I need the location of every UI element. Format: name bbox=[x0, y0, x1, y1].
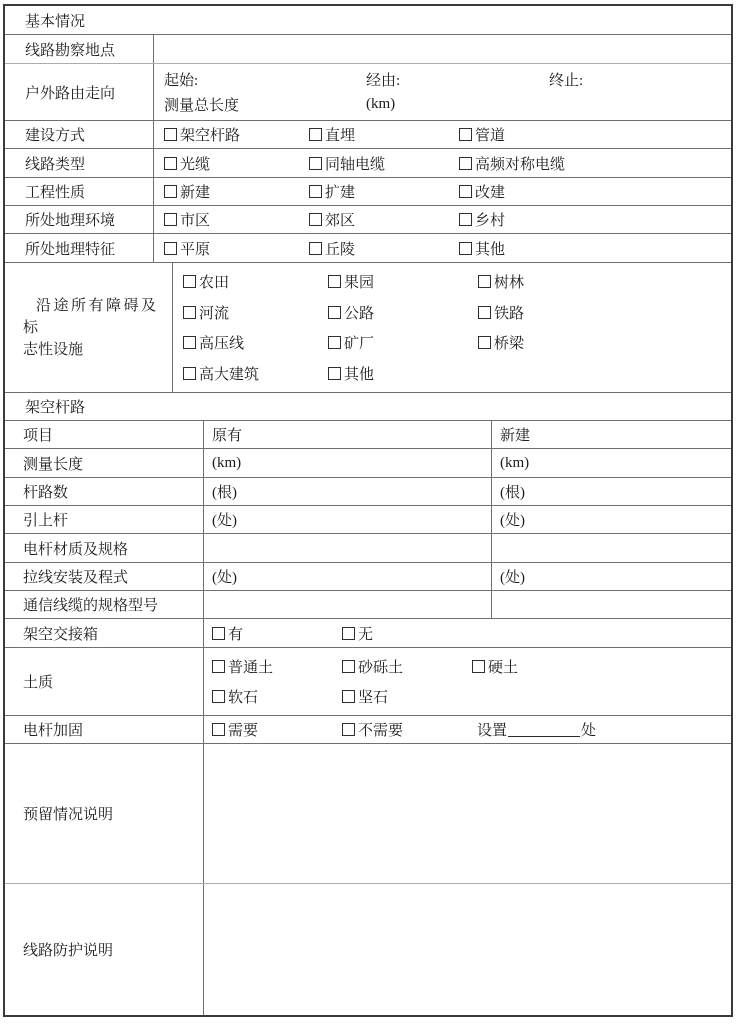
obstacles-line-2: 河流 公路 铁路 bbox=[173, 301, 731, 323]
existing-value-cell[interactable]: (km) bbox=[204, 449, 492, 477]
option-label: 平原 bbox=[180, 238, 210, 259]
checkbox-icon[interactable] bbox=[328, 275, 341, 288]
checkbox-option[interactable]: 同轴电缆 bbox=[309, 153, 459, 174]
checkbox-icon[interactable] bbox=[309, 242, 322, 255]
checkbox-option[interactable]: 桥梁 bbox=[478, 332, 524, 353]
row-pole-count: 杆路数 (根) (根) bbox=[5, 478, 731, 506]
row-label: 建设方式 bbox=[5, 121, 154, 148]
row-project-nature: 工程性质 新建 扩建 改建 bbox=[5, 178, 731, 206]
checkbox-icon[interactable] bbox=[459, 185, 472, 198]
row-pole-reinforcement: 电杆加固 需要 不需要 设置 处 bbox=[5, 716, 731, 744]
route-start-label: 起始: bbox=[164, 69, 366, 90]
existing-value-cell[interactable]: (处) bbox=[204, 506, 492, 533]
checkbox-icon[interactable] bbox=[164, 242, 177, 255]
existing-value-cell[interactable] bbox=[204, 591, 492, 618]
build-method-options: 架空杆路 直埋 管道 bbox=[154, 121, 731, 148]
row-reserve-notes: 预留情况说明 bbox=[5, 744, 731, 884]
row-route-direction: 户外路由走向 起始: 经由: 终止: 测量总长度 (km) bbox=[5, 64, 731, 121]
checkbox-icon[interactable] bbox=[342, 660, 355, 673]
checkbox-icon[interactable] bbox=[478, 336, 491, 349]
checkbox-option[interactable]: 其他 bbox=[459, 238, 505, 259]
checkbox-option[interactable]: 新建 bbox=[164, 181, 309, 202]
route-direction-cell[interactable]: 起始: 经由: 终止: 测量总长度 (km) bbox=[154, 64, 731, 120]
option-label: 河流 bbox=[199, 302, 229, 323]
row-protection-notes: 线路防护说明 bbox=[5, 884, 731, 1015]
row-label: 电杆材质及规格 bbox=[5, 534, 204, 562]
checkbox-icon[interactable] bbox=[478, 275, 491, 288]
row-label: 杆路数 bbox=[5, 478, 204, 505]
project-nature-options: 新建 扩建 改建 bbox=[154, 178, 731, 205]
checkbox-option[interactable]: 树林 bbox=[478, 271, 524, 292]
row-label: 沿途所有障碍及标 志性设施 bbox=[5, 263, 173, 392]
checkbox-option[interactable]: 扩建 bbox=[309, 181, 459, 202]
option-label: 铁路 bbox=[494, 302, 524, 323]
soil-type-options: 普通土 砂砾土 硬土 软石 坚石 bbox=[204, 648, 731, 715]
new-value-cell[interactable] bbox=[492, 591, 731, 618]
section-header-basic-info: 基本情况 bbox=[5, 6, 731, 35]
geo-feature-options: 平原 丘陵 其他 bbox=[154, 234, 731, 262]
option-label: 普通土 bbox=[228, 656, 273, 677]
checkbox-option[interactable]: 光缆 bbox=[164, 153, 309, 174]
row-geo-feature: 所处地理特征 平原 丘陵 其他 bbox=[5, 234, 731, 263]
checkbox-icon[interactable] bbox=[328, 306, 341, 319]
checkbox-option[interactable]: 改建 bbox=[459, 181, 505, 202]
row-label: 线路防护说明 bbox=[5, 884, 204, 1015]
checkbox-option[interactable]: 高大建筑 bbox=[183, 363, 328, 384]
option-label: 新建 bbox=[180, 181, 210, 202]
row-label: 工程性质 bbox=[5, 178, 154, 205]
checkbox-option[interactable]: 乡村 bbox=[459, 209, 505, 230]
checkbox-icon[interactable] bbox=[342, 723, 355, 736]
option-label: 砂砾土 bbox=[358, 656, 403, 677]
checkbox-option[interactable]: 架空杆路 bbox=[164, 124, 309, 145]
option-label: 果园 bbox=[344, 271, 374, 292]
checkbox-icon[interactable] bbox=[328, 336, 341, 349]
checkbox-icon[interactable] bbox=[459, 242, 472, 255]
new-value-cell[interactable]: (处) bbox=[492, 563, 731, 590]
option-label: 硬土 bbox=[488, 656, 518, 677]
option-label: 无 bbox=[358, 623, 373, 644]
checkbox-icon[interactable] bbox=[183, 275, 196, 288]
checkbox-option[interactable]: 郊区 bbox=[309, 209, 459, 230]
option-label: 其他 bbox=[475, 238, 505, 259]
option-label: 有 bbox=[228, 623, 243, 644]
option-label: 高压线 bbox=[199, 332, 244, 353]
checkbox-icon[interactable] bbox=[342, 690, 355, 703]
section-title: 基本情况 bbox=[5, 6, 731, 34]
row-label: 预留情况说明 bbox=[5, 744, 204, 883]
row-label: 通信线缆的规格型号 bbox=[5, 591, 204, 618]
checkbox-icon[interactable] bbox=[183, 367, 196, 380]
obstacles-label-line2: 志性设施 bbox=[23, 342, 83, 358]
existing-value-cell[interactable]: (处) bbox=[204, 563, 492, 590]
survey-location-value-cell[interactable] bbox=[154, 35, 731, 63]
checkbox-option[interactable]: 管道 bbox=[459, 124, 505, 145]
route-line-1: 起始: 经由: 终止: bbox=[154, 69, 731, 91]
checkbox-icon[interactable] bbox=[212, 660, 225, 673]
set-suffix-label: 处 bbox=[581, 719, 596, 740]
checkbox-option[interactable]: 矿厂 bbox=[328, 332, 478, 353]
survey-form-page: 基本情况 线路勘察地点 户外路由走向 起始: 经由: 终止: 测量总长度 (km… bbox=[0, 0, 736, 1026]
checkbox-option[interactable]: 普通土 bbox=[212, 656, 342, 677]
obstacles-line-1: 农田 果园 树林 bbox=[173, 270, 731, 292]
checkbox-icon[interactable] bbox=[164, 157, 177, 170]
checkbox-option[interactable]: 直埋 bbox=[309, 124, 459, 145]
set-count-group: 设置 处 bbox=[477, 719, 596, 740]
option-label: 桥梁 bbox=[494, 332, 524, 353]
option-label: 公路 bbox=[344, 302, 374, 323]
route-line-2: 测量总长度 (km) bbox=[154, 94, 731, 116]
route-unit-label: (km) bbox=[366, 96, 395, 113]
route-total-length-label: 测量总长度 bbox=[164, 94, 366, 115]
checkbox-icon[interactable] bbox=[328, 367, 341, 380]
checkbox-icon[interactable] bbox=[309, 157, 322, 170]
checkbox-icon[interactable] bbox=[164, 185, 177, 198]
row-survey-location: 线路勘察地点 bbox=[5, 35, 731, 64]
column-header-item: 项目 bbox=[5, 421, 204, 448]
checkbox-icon[interactable] bbox=[309, 128, 322, 141]
checkbox-option[interactable]: 软石 bbox=[212, 686, 342, 707]
new-value-cell[interactable]: (km) bbox=[492, 449, 731, 477]
row-obstacles: 沿途所有障碍及标 志性设施 农田 果园 树林 河流 公路 铁路 高压线 矿厂 bbox=[5, 263, 731, 393]
checkbox-option[interactable]: 铁路 bbox=[478, 302, 524, 323]
option-label: 郊区 bbox=[325, 209, 355, 230]
obstacles-options: 农田 果园 树林 河流 公路 铁路 高压线 矿厂 桥梁 高大建筑 其他 bbox=[173, 263, 731, 392]
row-guy-wire: 拉线安装及程式 (处) (处) bbox=[5, 563, 731, 591]
checkbox-icon[interactable] bbox=[459, 128, 472, 141]
checkbox-icon[interactable] bbox=[478, 306, 491, 319]
existing-value-cell[interactable] bbox=[204, 534, 492, 562]
pole-reinforcement-options: 需要 不需要 设置 处 bbox=[204, 716, 731, 743]
option-label: 农田 bbox=[199, 271, 229, 292]
checkbox-icon[interactable] bbox=[164, 128, 177, 141]
obstacles-line-4: 高大建筑 其他 bbox=[173, 363, 731, 385]
aerial-cross-box-options: 有 无 bbox=[204, 619, 731, 647]
obstacles-line-3: 高压线 矿厂 桥梁 bbox=[173, 332, 731, 354]
row-label: 拉线安装及程式 bbox=[5, 563, 204, 590]
route-end-label: 终止: bbox=[549, 69, 583, 90]
row-cable-spec: 通信线缆的规格型号 bbox=[5, 591, 731, 619]
checkbox-option[interactable]: 丘陵 bbox=[309, 238, 459, 259]
checkbox-icon[interactable] bbox=[472, 660, 485, 673]
option-label: 光缆 bbox=[180, 153, 210, 174]
checkbox-icon[interactable] bbox=[212, 723, 225, 736]
option-label: 高频对称电缆 bbox=[475, 153, 565, 174]
soil-line-2: 软石 坚石 bbox=[204, 686, 731, 708]
row-label: 线路类型 bbox=[5, 149, 154, 177]
option-label: 架空杆路 bbox=[180, 124, 240, 145]
section-header-aerial-pole: 架空杆路 bbox=[5, 393, 731, 421]
existing-value-cell[interactable]: (根) bbox=[204, 478, 492, 505]
option-label: 高大建筑 bbox=[199, 363, 259, 384]
checkbox-icon[interactable] bbox=[212, 627, 225, 640]
checkbox-option[interactable]: 有 bbox=[212, 623, 342, 644]
option-label: 树林 bbox=[494, 271, 524, 292]
row-pole-material: 电杆材质及规格 bbox=[5, 534, 731, 563]
checkbox-option[interactable]: 高压线 bbox=[183, 332, 328, 353]
line-type-options: 光缆 同轴电缆 高频对称电缆 bbox=[154, 149, 731, 177]
row-line-type: 线路类型 光缆 同轴电缆 高频对称电缆 bbox=[5, 149, 731, 178]
row-label: 测量长度 bbox=[5, 449, 204, 477]
checkbox-option[interactable]: 公路 bbox=[328, 302, 478, 323]
row-label: 引上杆 bbox=[5, 506, 204, 533]
checkbox-option[interactable]: 坚石 bbox=[342, 686, 388, 707]
checkbox-option[interactable]: 平原 bbox=[164, 238, 309, 259]
route-via-label: 经由: bbox=[366, 69, 549, 90]
checkbox-icon[interactable] bbox=[183, 336, 196, 349]
option-label: 丘陵 bbox=[325, 238, 355, 259]
new-value-cell[interactable]: (根) bbox=[492, 478, 731, 505]
row-label: 架空交接箱 bbox=[5, 619, 204, 647]
soil-line-1: 普通土 砂砾土 硬土 bbox=[204, 655, 731, 677]
checkbox-icon[interactable] bbox=[309, 213, 322, 226]
checkbox-option[interactable]: 不需要 bbox=[342, 719, 477, 740]
option-label: 需要 bbox=[228, 719, 258, 740]
option-label: 坚石 bbox=[358, 686, 388, 707]
option-label: 不需要 bbox=[358, 719, 403, 740]
row-measured-length: 测量长度 (km) (km) bbox=[5, 449, 731, 478]
checkbox-option[interactable]: 其他 bbox=[328, 363, 478, 384]
option-label: 其他 bbox=[344, 363, 374, 384]
checkbox-icon[interactable] bbox=[459, 213, 472, 226]
column-header-existing: 原有 bbox=[204, 421, 492, 448]
new-value-cell[interactable]: (处) bbox=[492, 506, 731, 533]
row-build-method: 建设方式 架空杆路 直埋 管道 bbox=[5, 121, 731, 149]
checkbox-icon[interactable] bbox=[459, 157, 472, 170]
row-aerial-cross-box: 架空交接箱 有 无 bbox=[5, 619, 731, 648]
row-soil-type: 土质 普通土 砂砾土 硬土 软石 坚石 bbox=[5, 648, 731, 716]
section-title: 架空杆路 bbox=[5, 393, 731, 420]
checkbox-option[interactable]: 高频对称电缆 bbox=[459, 153, 565, 174]
checkbox-option[interactable]: 砂砾土 bbox=[342, 656, 472, 677]
checkbox-icon[interactable] bbox=[309, 185, 322, 198]
row-label: 土质 bbox=[5, 648, 204, 715]
checkbox-option[interactable]: 农田 bbox=[183, 271, 328, 292]
option-label: 同轴电缆 bbox=[325, 153, 385, 174]
line-survey-form-table: 基本情况 线路勘察地点 户外路由走向 起始: 经由: 终止: 测量总长度 (km… bbox=[3, 4, 733, 1017]
checkbox-icon[interactable] bbox=[342, 627, 355, 640]
row-label: 户外路由走向 bbox=[5, 64, 154, 120]
row-label: 所处地理环境 bbox=[5, 206, 154, 233]
option-label: 市区 bbox=[180, 209, 210, 230]
protection-notes-cell[interactable] bbox=[204, 884, 731, 1015]
checkbox-option[interactable]: 河流 bbox=[183, 302, 328, 323]
option-label: 扩建 bbox=[325, 181, 355, 202]
option-label: 乡村 bbox=[475, 209, 505, 230]
option-label: 矿厂 bbox=[344, 332, 374, 353]
checkbox-option[interactable]: 需要 bbox=[212, 719, 342, 740]
checkbox-icon[interactable] bbox=[164, 213, 177, 226]
row-label: 电杆加固 bbox=[5, 716, 204, 743]
geo-environment-options: 市区 郊区 乡村 bbox=[154, 206, 731, 233]
row-label: 线路勘察地点 bbox=[5, 35, 154, 63]
checkbox-option[interactable]: 无 bbox=[342, 623, 373, 644]
checkbox-icon[interactable] bbox=[183, 306, 196, 319]
row-riser-pole: 引上杆 (处) (处) bbox=[5, 506, 731, 534]
checkbox-icon[interactable] bbox=[212, 690, 225, 703]
option-label: 直埋 bbox=[325, 124, 355, 145]
fill-blank[interactable] bbox=[508, 723, 580, 737]
option-label: 软石 bbox=[228, 686, 258, 707]
reserve-notes-cell[interactable] bbox=[204, 744, 731, 883]
row-geo-environment: 所处地理环境 市区 郊区 乡村 bbox=[5, 206, 731, 234]
option-label: 管道 bbox=[475, 124, 505, 145]
checkbox-option[interactable]: 果园 bbox=[328, 271, 478, 292]
checkbox-option[interactable]: 硬土 bbox=[472, 656, 518, 677]
set-prefix-label: 设置 bbox=[477, 719, 507, 740]
column-header-new: 新建 bbox=[492, 421, 731, 448]
obstacles-label-line1: 沿途所有障碍及标 bbox=[23, 298, 159, 336]
new-value-cell[interactable] bbox=[492, 534, 731, 562]
option-label: 改建 bbox=[475, 181, 505, 202]
row-column-headers: 项目 原有 新建 bbox=[5, 421, 731, 449]
checkbox-option[interactable]: 市区 bbox=[164, 209, 309, 230]
row-label: 所处地理特征 bbox=[5, 234, 154, 262]
